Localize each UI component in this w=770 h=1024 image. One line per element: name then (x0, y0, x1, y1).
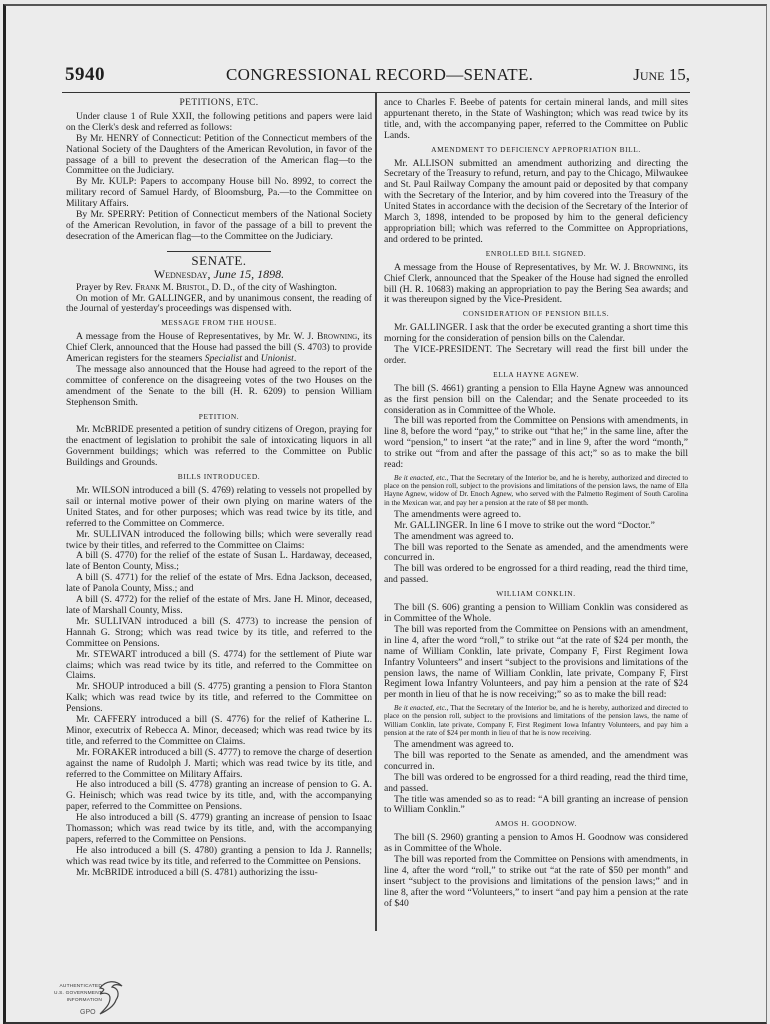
bill-entry: He also introduced a bill (S. 4780) gran… (66, 846, 372, 868)
bill-entry: Mr. FORAKER introduced a bill (S. 4777) … (66, 748, 372, 781)
section-rule (167, 251, 271, 252)
paragraph: Mr. GALLINGER. In line 6 I move to strik… (384, 521, 688, 532)
paragraph: The bill was reported from the Committee… (384, 855, 688, 910)
paragraph-prayer: Prayer by Rev. Frank M. Bristol, D. D., … (66, 283, 372, 294)
paragraph: The bill was ordered to be engrossed for… (384, 564, 688, 586)
paragraph: The bill was ordered to be engrossed for… (384, 773, 688, 795)
right-column: ance to Charles F. Beebe of patents for … (384, 98, 688, 910)
paragraph: By Mr. KULP: Papers to accompany House b… (66, 177, 372, 210)
page-header: 5940 CONGRESSIONAL RECORD—SENATE. June 1… (62, 62, 690, 93)
section-heading-message: MESSAGE FROM THE HOUSE. (66, 318, 372, 329)
paragraph: By Mr. HENRY of Connecticut: Petition of… (66, 134, 372, 178)
section-heading-bills: BILLS INTRODUCED. (66, 472, 372, 483)
senate-heading: SENATE. (66, 256, 372, 267)
page-date: June 15, (633, 65, 690, 85)
senate-date: Wednesday, June 15, 1898. (66, 269, 372, 280)
bill-entry: Mr. SULLIVAN introduced a bill (S. 4773)… (66, 617, 372, 650)
section-heading-agnew: ELLA HAYNE AGNEW. (384, 370, 688, 381)
paragraph: Mr. GALLINGER. I ask that the order be e… (384, 323, 688, 345)
section-heading-consideration: CONSIDERATION OF PENSION BILLS. (384, 309, 688, 320)
bill-entry: Mr. WILSON introduced a bill (S. 4769) r… (66, 486, 372, 530)
gpo-authentication-seal: AUTHENTICATED U.S. GOVERNMENT INFORMATIO… (40, 978, 130, 1018)
bill-text-quote: Be it enacted, etc., That the Secretary … (384, 704, 688, 737)
bill-entry: Mr. SULLIVAN introduced the following bi… (66, 530, 372, 552)
paragraph: On motion of Mr. GALLINGER, and by unani… (66, 294, 372, 316)
paragraph-enrolled: A message from the House of Representati… (384, 263, 688, 307)
section-heading-goodnow: AMOS H. GOODNOW. (384, 819, 688, 830)
paragraph-message: A message from the House of Representati… (66, 332, 372, 365)
bill-entry: Mr. CAFFERY introduced a bill (S. 4776) … (66, 715, 372, 748)
section-heading-enrolled: ENROLLED BILL SIGNED. (384, 249, 688, 260)
bill-text-quote: Be it enacted, etc., That the Secretary … (384, 474, 688, 507)
section-heading-amendment: AMENDMENT TO DEFICIENCY APPROPRIATION BI… (384, 145, 688, 156)
paragraph: The bill (S. 606) granting a pension to … (384, 603, 688, 625)
section-heading-petition: PETITION. (66, 412, 372, 423)
paragraph: Mr. McBRIDE presented a petition of sund… (66, 425, 372, 469)
bill-entry: Mr. STEWART introduced a bill (S. 4774) … (66, 650, 372, 683)
paragraph: The message also announced that the Hous… (66, 365, 372, 409)
paragraph: The bill (S. 2960) granting a pension to… (384, 833, 688, 855)
bill-entry: He also introduced a bill (S. 4778) gran… (66, 780, 372, 813)
bill-entry: A bill (S. 4771) for the relief of the e… (66, 573, 372, 595)
publication-title: CONGRESSIONAL RECORD—SENATE. (226, 65, 533, 85)
paragraph-continued: ance to Charles F. Beebe of patents for … (384, 98, 688, 142)
paragraph: The bill was reported to the Senate as a… (384, 543, 688, 565)
paragraph: The bill was reported to the Senate as a… (384, 751, 688, 773)
bill-entry: Mr. SHOUP introduced a bill (S. 4775) gr… (66, 682, 372, 715)
bill-entry: A bill (S. 4770) for the relief of the e… (66, 551, 372, 573)
section-heading-conklin: WILLIAM CONKLIN. (384, 589, 688, 600)
paragraph: The bill (S. 4661) granting a pension to… (384, 384, 688, 417)
paragraph: By Mr. SPERRY: Petition of Connecticut m… (66, 210, 372, 243)
paragraph: The VICE-PRESIDENT. The Secretary will r… (384, 345, 688, 367)
page-number: 5940 (65, 64, 105, 86)
bill-entry: He also introduced a bill (S. 4779) gran… (66, 813, 372, 846)
section-heading-petitions: PETITIONS, ETC. (66, 98, 372, 109)
paragraph: Mr. ALLISON submitted an amendment autho… (384, 159, 688, 246)
left-column: PETITIONS, ETC. Under clause 1 of Rule X… (66, 98, 372, 879)
bill-entry: Mr. McBRIDE introduced a bill (S. 4781) … (66, 868, 372, 879)
column-divider (375, 93, 377, 931)
paragraph: The title was amended so as to read: “A … (384, 795, 688, 817)
paragraph: The bill was reported from the Committee… (384, 416, 688, 471)
paragraph: Under clause 1 of Rule XXII, the followi… (66, 112, 372, 134)
paragraph: The amendment was agreed to. (384, 532, 688, 543)
eagle-icon (96, 978, 126, 1018)
bill-entry: A bill (S. 4772) for the relief of the e… (66, 595, 372, 617)
paragraph: The bill was reported from the Committee… (384, 625, 688, 701)
